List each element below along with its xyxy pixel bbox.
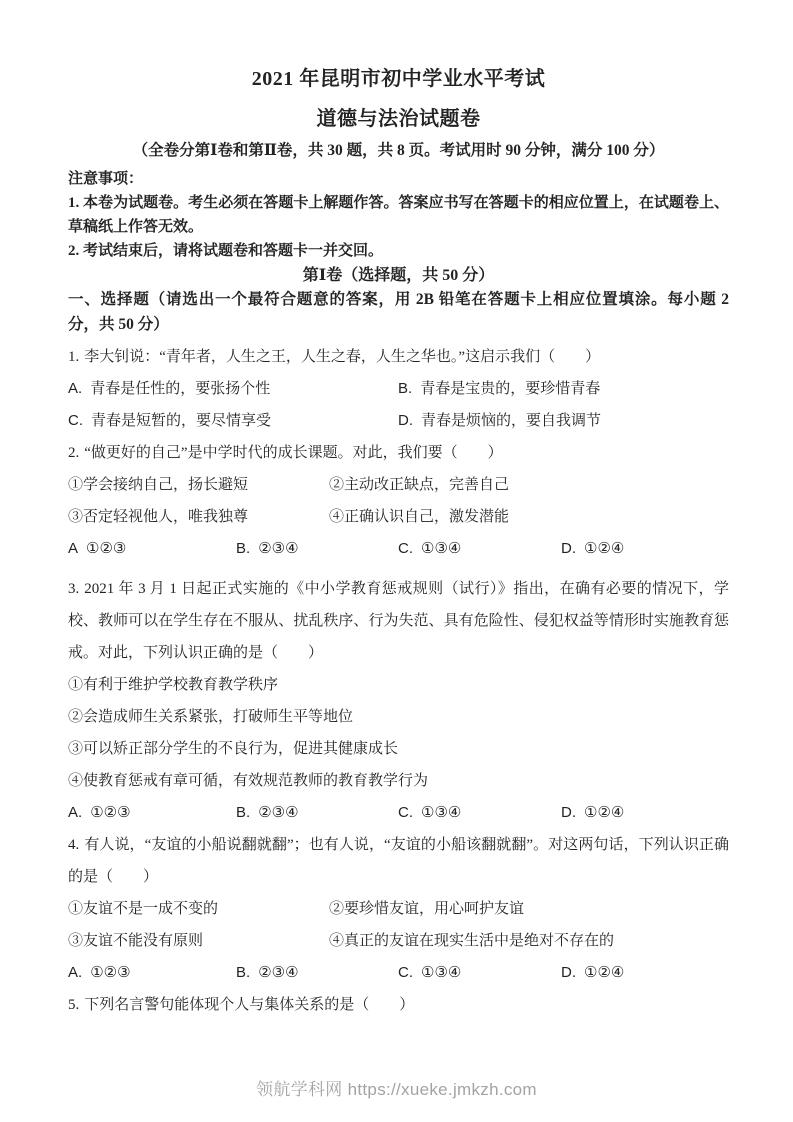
exam-subtitle: 道德与法治试题卷	[68, 106, 729, 132]
option-b-label: B.	[236, 540, 250, 557]
question-1-option-a: A.青春是任性的，要张扬个性	[68, 373, 270, 405]
option-d-label: D.	[561, 540, 576, 557]
option-d-text: ①②④	[584, 965, 624, 981]
notice-item-2: 2. 考试结束后，请将试题卷和答题卡一并交回。	[68, 239, 729, 263]
option-c-label: C.	[398, 540, 413, 557]
notice-heading: 注意事项：	[68, 167, 729, 191]
question-4-statement-3: ③友谊不能没有原则	[68, 925, 203, 957]
question-2-statement-2: ②主动改正缺点，完善自己	[329, 469, 509, 501]
option-a-label: A.	[68, 964, 82, 981]
question-2-statement-3: ③否定轻视他人，唯我独尊	[68, 501, 248, 533]
watermark-text: 领航学科网 https://xueke.jmkzh.com	[256, 1080, 537, 1099]
option-d-label: D.	[561, 964, 576, 981]
exam-title: 2021 年昆明市初中学业水平考试	[68, 66, 729, 92]
question-2: 2.“做更好的自己”是中学时代的成长课题。对此，我们要（ ） ①学会接纳自己，扬…	[68, 437, 729, 565]
question-2-statement-4: ④正确认识自己，激发潜能	[329, 501, 509, 533]
option-a-text: ①②③	[90, 805, 130, 821]
option-c-text: ①③④	[421, 805, 461, 821]
question-3-answer-row: A.①②③ B.②③④ C.①③④ D.①②④	[68, 797, 729, 829]
question-4-stem: 4.有人说，“友谊的小船说翻就翻”；也有人说，“友谊的小船该翻就翻”。对这两句话…	[68, 829, 729, 893]
option-a-text: ①②③	[86, 541, 126, 557]
question-4-statements-row-1: ①友谊不是一成不变的 ②要珍惜友谊，用心呵护友谊	[68, 893, 729, 925]
question-4-statements-row-2: ③友谊不能没有原则 ④真正的友谊在现实生活中是绝对不存在的	[68, 925, 729, 957]
question-1-stem: 1.李大钊说：“青年者，人生之王，人生之春，人生之华也。”这启示我们（ ）	[68, 341, 729, 373]
exam-paper-page: 2021 年昆明市初中学业水平考试 道德与法治试题卷 （全卷分第Ⅰ卷和第Ⅱ卷，共…	[0, 0, 793, 1122]
question-3-option-d: D.①②④	[561, 797, 624, 829]
question-1-option-c: C.青春是短暂的，要尽情享受	[68, 405, 271, 437]
option-b-text: ②③④	[258, 805, 298, 821]
question-4-statement-4: ④真正的友谊在现实生活中是绝对不存在的	[329, 925, 614, 957]
question-2-option-b: B.②③④	[236, 533, 299, 565]
question-4-number: 4.	[68, 837, 79, 853]
question-3-number: 3.	[68, 581, 79, 597]
question-5-number: 5.	[68, 997, 79, 1013]
option-b-label: B.	[236, 964, 250, 981]
part1-title: 第Ⅰ卷（选择题，共 50 分）	[68, 263, 729, 288]
option-d-label: D.	[398, 412, 413, 429]
question-5: 5.下列名言警句能体现个人与集体关系的是（ ）	[68, 989, 729, 1021]
option-a-label: A.	[68, 804, 82, 821]
exam-info-line: （全卷分第Ⅰ卷和第Ⅱ卷，共 30 题，共 8 页。考试用时 90 分钟，满分 1…	[68, 139, 729, 163]
question-2-option-d: D.①②④	[561, 533, 624, 565]
question-3-stem-text: 2021 年 3 月 1 日起正式实施的《中小学教育惩戒规则（试行）》指出，在确…	[68, 581, 729, 661]
question-3-statement-4: ④使教育惩戒有章可循，有效规范教师的教育教学行为	[68, 765, 729, 797]
question-2-option-a: A①②③	[68, 533, 126, 565]
question-2-stem: 2.“做更好的自己”是中学时代的成长课题。对此，我们要（ ）	[68, 437, 729, 469]
option-a-label: A.	[68, 380, 82, 397]
question-4-statement-1: ①友谊不是一成不变的	[68, 893, 218, 925]
option-d-text: 青春是烦恼的，要自我调节	[421, 413, 601, 429]
question-3-option-c: C.①③④	[398, 797, 461, 829]
option-b-label: B.	[236, 804, 250, 821]
option-d-text: ①②④	[584, 541, 624, 557]
option-b-text: 青春是宝贵的，要珍惜青春	[420, 381, 600, 397]
option-b-text: ②③④	[258, 965, 298, 981]
question-3-option-a: A.①②③	[68, 797, 131, 829]
question-2-statement-1: ①学会接纳自己，扬长避短	[68, 469, 248, 501]
option-c-text: ①③④	[421, 541, 461, 557]
question-2-option-c: C.①③④	[398, 533, 461, 565]
question-5-stem: 5.下列名言警句能体现个人与集体关系的是（ ）	[68, 989, 729, 1021]
question-1-options-row-1: A.青春是任性的，要张扬个性 B.青春是宝贵的，要珍惜青春	[68, 373, 729, 405]
question-2-number: 2.	[68, 445, 79, 461]
question-4-statement-2: ②要珍惜友谊，用心呵护友谊	[329, 893, 524, 925]
question-1-option-b: B.青春是宝贵的，要珍惜青春	[398, 373, 600, 405]
notice-item-1: 1. 本卷为试题卷。考生必须在答题卡上解题作答。答案应书写在答题卡的相应位置上，…	[68, 191, 729, 239]
question-4-stem-text: 有人说，“友谊的小船说翻就翻”；也有人说，“友谊的小船该翻就翻”。对这两句话，下…	[68, 837, 729, 885]
question-1-stem-text: 李大钊说：“青年者，人生之王，人生之春，人生之华也。”这启示我们（ ）	[84, 349, 600, 365]
question-3: 3.2021 年 3 月 1 日起正式实施的《中小学教育惩戒规则（试行）》指出，…	[68, 573, 729, 829]
multiple-choice-instructions: 一、选择题（请选出一个最符合题意的答案，用 2B 铅笔在答题卡上相应位置填涂。每…	[68, 288, 729, 337]
option-c-label: C.	[68, 412, 83, 429]
question-3-statement-2: ②会造成师生关系紧张，打破师生平等地位	[68, 701, 729, 733]
question-4-answer-row: A.①②③ B.②③④ C.①③④ D.①②④	[68, 957, 729, 989]
question-2-statements-row-1: ①学会接纳自己，扬长避短 ②主动改正缺点，完善自己	[68, 469, 729, 501]
question-3-stem: 3.2021 年 3 月 1 日起正式实施的《中小学教育惩戒规则（试行）》指出，…	[68, 573, 729, 669]
option-c-label: C.	[398, 804, 413, 821]
question-2-statements-row-2: ③否定轻视他人，唯我独尊 ④正确认识自己，激发潜能	[68, 501, 729, 533]
question-1-number: 1.	[68, 349, 79, 365]
option-b-text: ②③④	[258, 541, 298, 557]
question-3-statement-1: ①有利于维护学校教育教学秩序	[68, 669, 729, 701]
option-c-text: 青春是短暂的，要尽情享受	[91, 413, 271, 429]
question-4-option-d: D.①②④	[561, 957, 624, 989]
watermark: 领航学科网 https://xueke.jmkzh.com	[0, 1080, 793, 1100]
question-3-statement-3: ③可以矫正部分学生的不良行为，促进其健康成长	[68, 733, 729, 765]
question-1-option-d: D.青春是烦恼的，要自我调节	[398, 405, 601, 437]
question-4-option-c: C.①③④	[398, 957, 461, 989]
question-1-options-row-2: C.青春是短暂的，要尽情享受 D.青春是烦恼的，要自我调节	[68, 405, 729, 437]
option-a-text: 青春是任性的，要张扬个性	[90, 381, 270, 397]
question-4-option-b: B.②③④	[236, 957, 299, 989]
question-4: 4.有人说，“友谊的小船说翻就翻”；也有人说，“友谊的小船该翻就翻”。对这两句话…	[68, 829, 729, 989]
question-2-answer-row: A①②③ B.②③④ C.①③④ D.①②④	[68, 533, 729, 565]
option-c-text: ①③④	[421, 965, 461, 981]
option-a-label: A	[68, 540, 78, 557]
question-5-stem-text: 下列名言警句能体现个人与集体关系的是（ ）	[84, 997, 414, 1013]
question-3-option-b: B.②③④	[236, 797, 299, 829]
option-c-label: C.	[398, 964, 413, 981]
questions-list: 1.李大钊说：“青年者，人生之王，人生之春，人生之华也。”这启示我们（ ） A.…	[68, 341, 729, 1021]
question-4-option-a: A.①②③	[68, 957, 131, 989]
option-b-label: B.	[398, 380, 412, 397]
notice-section: 注意事项： 1. 本卷为试题卷。考生必须在答题卡上解题作答。答案应书写在答题卡的…	[68, 167, 729, 263]
option-d-text: ①②④	[584, 805, 624, 821]
question-1: 1.李大钊说：“青年者，人生之王，人生之春，人生之华也。”这启示我们（ ） A.…	[68, 341, 729, 437]
option-a-text: ①②③	[90, 965, 130, 981]
question-2-stem-text: “做更好的自己”是中学时代的成长课题。对此，我们要（ ）	[84, 445, 502, 461]
option-d-label: D.	[561, 804, 576, 821]
